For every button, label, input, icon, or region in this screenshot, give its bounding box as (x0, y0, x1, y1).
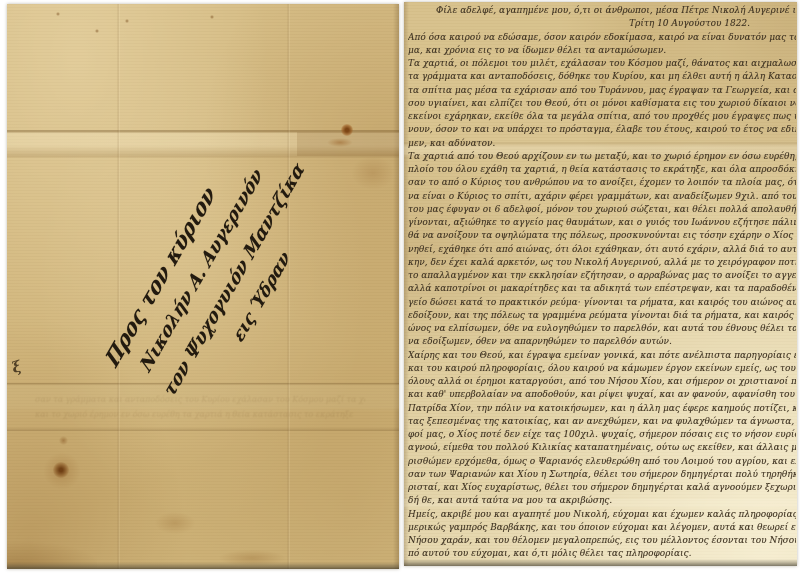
letter-line: πό αυτού του εύχομαι, και ό,τι μόλις θέλ… (408, 548, 796, 561)
letter-line: Πατρίδα Χίον, την πόλιν να κατοικήσωμεν,… (408, 403, 796, 416)
letter-line: μα, και χρόνια εις το να ίδωμεν θέλει τα… (408, 45, 796, 58)
letter-line: σαν το από ο Κύριος του ανθρώπου να το α… (408, 177, 796, 190)
letter-line: και καθ' υπερβολαίαν να αποδοθούν, και ρ… (408, 389, 796, 402)
letter-line: Χαίρης και του Θεού, και έγραψα εμείναν … (408, 350, 796, 363)
letter-line: Τα χαρτιά, οι πόλεμοι του μιλέτ, εχάλασα… (408, 58, 796, 71)
letter-line: Τα χαρτιά από του Θεού αρχίζουν εν τω με… (408, 151, 796, 164)
letter-line: Από όσα καιρού να εδώσαμε, όσον καιρόν ε… (408, 32, 796, 45)
stain (155, 512, 195, 534)
letter-back-leaf: σαν τα γράμματα και ανταποδόσεις του Κυρ… (7, 4, 399, 569)
letter-line: και του καιρού πληροφορίαις, όλου καιρού… (408, 363, 796, 376)
letter-line: τα γράμματα και ανταποδόσεις, δόθηκε του… (408, 71, 796, 84)
letter-line: σου υγιαίνει, και ελπίζει του Θεού, ότι … (408, 98, 796, 111)
letter-line: κην, δεν έχει καλά αρκετόν, ως του Νικολ… (408, 257, 796, 270)
letter-body: Φίλε αδελφέ, αγαπημένε μου, ό,τι οι άνθρ… (408, 5, 796, 562)
letter-line: του μας έφυγαν οι 6 αδελφοί, μόνον του χ… (408, 204, 796, 217)
letter-line: πλοίο του όλου εχάθη τα χαρτιά, η θεία κ… (408, 164, 796, 177)
letter-line: νουν, όσον το και να υπάρχει το πρόσταγμ… (408, 124, 796, 137)
stain (7, 542, 97, 568)
letter-line: ώνος να ελπίσωμεν, όθε να ευλογηθώμεν το… (408, 323, 796, 336)
stain (59, 436, 68, 445)
letter-line: να εδοίξωμεν, όθεν να απαρνηθώμεν το παρ… (408, 336, 796, 349)
letter-line: γείο δώσει κατά το πρακτικόν ρεύμα· γίνο… (408, 297, 796, 310)
stain (341, 124, 353, 136)
fold-crease-vertical (117, 4, 120, 569)
stain (327, 138, 353, 147)
letter-line: Τρίτη 10 Αυγούστου 1822. (408, 18, 796, 31)
stain (210, 15, 214, 19)
margin-ink-mark: ξ (9, 357, 23, 377)
letter-line: γίνονται, αξιώθηκε το αγγείο μας θαυμάτω… (408, 217, 796, 230)
stain (125, 19, 129, 23)
stain (351, 156, 395, 190)
letter-line: τα σπίτια μας μέσα τα εχάρισαν από του Τ… (408, 85, 796, 98)
letter-line: μερικώς γαμπρός Βαρβάκης, και του όποιον… (408, 522, 796, 535)
letter-line: αγνοώ, είμεθα του πολλού Κιλικίας καταπα… (408, 442, 796, 455)
letter-text-leaf: Φίλε αδελφέ, αγαπημένε μου, ό,τι οι άνθρ… (404, 2, 797, 566)
stain (53, 462, 69, 478)
letter-line: νηθεί, εχάθηκε ότι από αιώνας, ότι όλοι … (408, 244, 796, 257)
letter-line: Νήσου χαράν, και του θέλομεν μεγαλοπρεπώ… (408, 535, 796, 548)
letter-line: σαν των Ψαριανών και Χίου η Σωτηρία, θέλ… (408, 469, 796, 482)
scanned-letter: σαν τα γράμματα και ανταποδόσεις του Κυρ… (0, 0, 800, 575)
letter-line: θά να ανοίξουν τα οψηλώματα της πόλεως, … (408, 230, 796, 243)
letter-line: εδοίξουν, και της πόλεως τα γραμμένα ρεύ… (408, 310, 796, 323)
letter-line: δή θε, και αυτά ταύτα να μου τα ακριβώση… (408, 495, 796, 508)
stain (95, 29, 99, 33)
letter-line: Ημείς, ακριβέ μου και αγαπητέ μου Νικολή… (408, 509, 796, 522)
letter-line: αλλά καποτρίνοι οι μακαρίτηδες και τα αδ… (408, 283, 796, 296)
letter-line: ρισθώμεν ερχόμεθα, όμως ο Ψαριανός ελευθ… (408, 456, 796, 469)
letter-line: τας ξεπεσμένας της κατοικίας, και αν ανε… (408, 416, 796, 429)
letter-line: φοί μας, ο Χίος ποτέ δεν είχε τας 100χιλ… (408, 429, 796, 442)
letter-line: ρισταί, και Χίος ευχαρίστως, θέλει του σ… (408, 482, 796, 495)
stain (56, 12, 60, 16)
letter-line: όλους αλλά οι έρημοι καταργούσι, από του… (408, 376, 796, 389)
letter-line: μεν, και αδύνατον. (408, 138, 796, 151)
letter-line: εκείνοι εχάρηκαν, εκείθε όλα τα μεγάλα σ… (408, 111, 796, 124)
letter-line: να είναι ο Κύριος το σπίτι, αχάριν φέρει… (408, 191, 796, 204)
stain (219, 550, 285, 566)
letter-line: το απαλλαγμένον και την εκκλησίαν εζήτησ… (408, 270, 796, 283)
letter-line: Φίλε αδελφέ, αγαπημένε μου, ό,τι οι άνθρ… (408, 5, 796, 18)
